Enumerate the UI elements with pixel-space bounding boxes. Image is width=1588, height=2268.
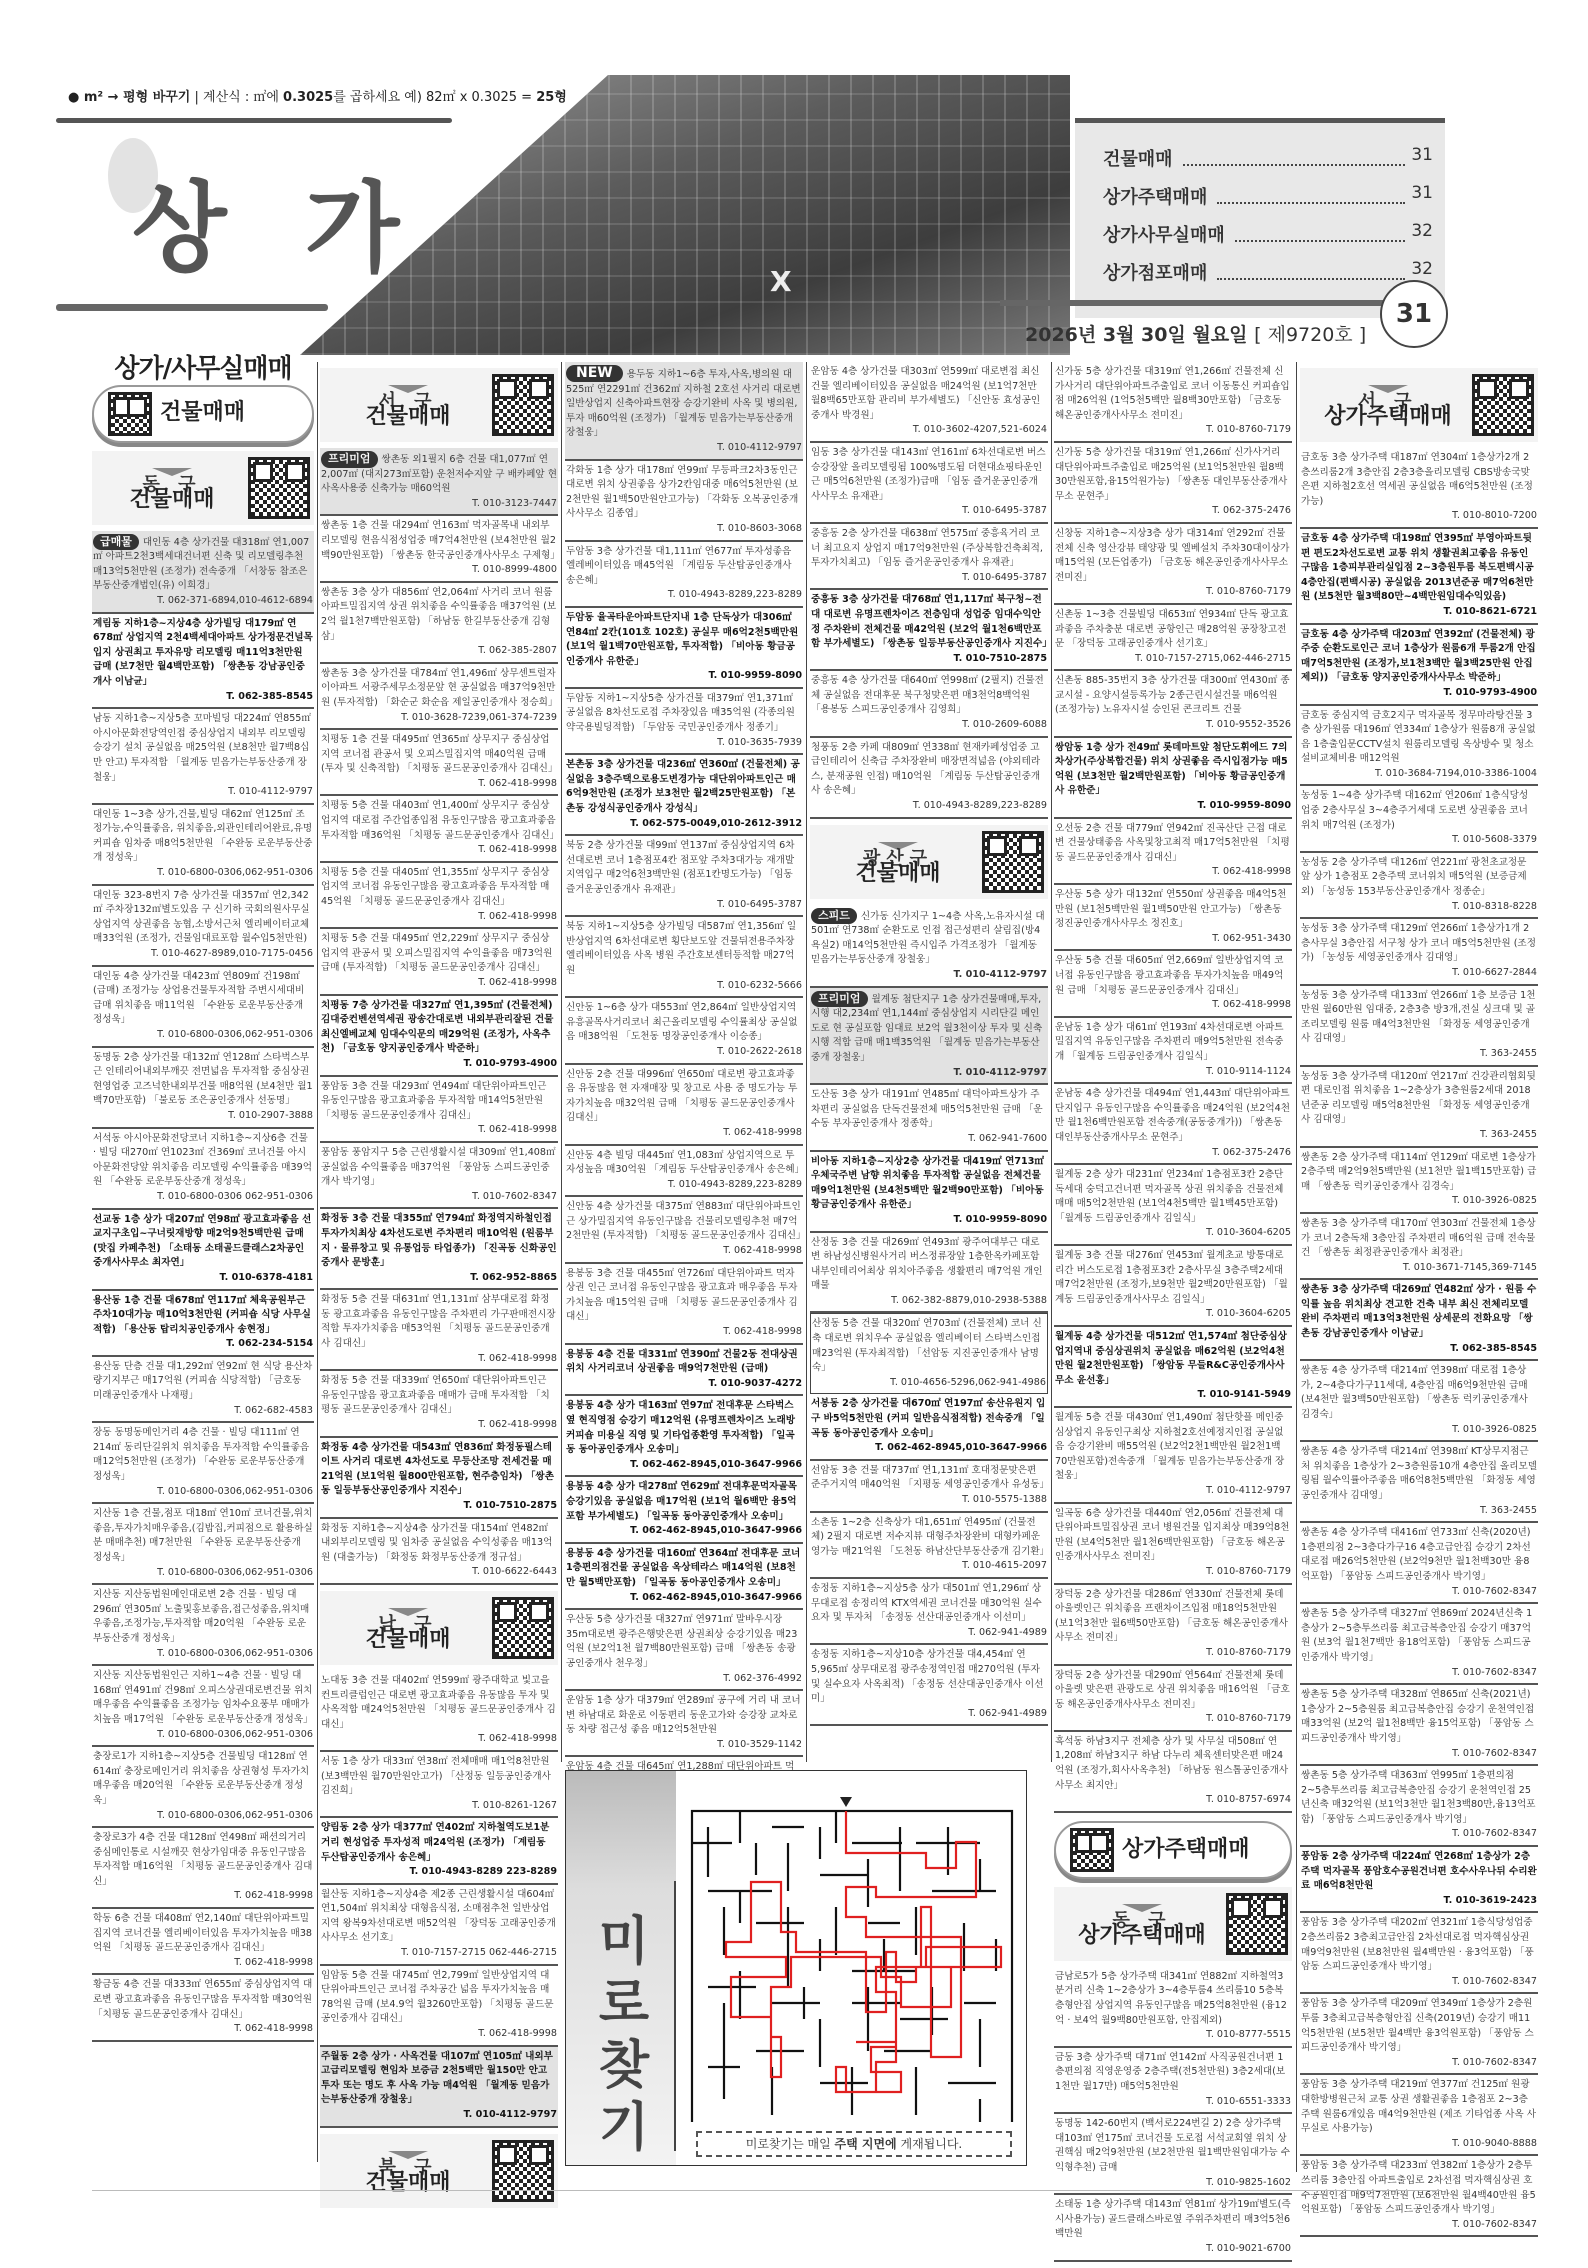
listing-phone[interactable]: T. 010-3628-7239,061-374-7239	[321, 711, 557, 726]
listing-phone[interactable]: T. 062-941-4989	[811, 1626, 1047, 1641]
section-name: 건물매매	[324, 1633, 492, 1648]
maze-arrow-line	[674, 1881, 676, 2151]
listing-phone[interactable]: T. 010-8757-6974	[1055, 1793, 1291, 1808]
listing-text: 서석동 아시아문화전당코너 지하1층~지상6층 건물 · 빌딩 대270㎡ 연1…	[93, 1133, 312, 1188]
listing-phone[interactable]: T. 010-3602-4207,521-6024	[811, 423, 1047, 438]
listing-text: 치평동 5층 건물 대403㎡ 연1,400㎡ 상무지구 중심상업지역 대로접 …	[321, 800, 559, 840]
section-header-gwangsangu: 광산구건물매매	[810, 825, 1048, 899]
toc-label: 상가사무실매매	[1103, 221, 1225, 247]
listing-phone[interactable]: T. 010-4943-8289,223-8289	[566, 1178, 802, 1193]
listing-ad: 농성동 3층 상가주택 대120㎡ 연217㎡ 건강관리협회뒷편 대로인접 위치…	[1300, 1067, 1538, 1148]
listing-text: 쌍촌동 3층 상가주택 대269㎡ 연482㎡ 상가 · 원룸 수익률 높음 위…	[1301, 1284, 1536, 1339]
listing-phone[interactable]: T. 010-6800-0306 062-951-0306	[93, 1190, 313, 1205]
pill-label: 상가주택매매	[1122, 1843, 1250, 1858]
page-number-badge: 31	[1380, 280, 1448, 348]
listing-ad: 중흥동 2층 상가건물 대638㎡ 연575㎡ 중흥육거리 코너 최고요지 상업…	[810, 524, 1048, 590]
listing-phone[interactable]: T. 010-8777-5515	[1055, 2028, 1291, 2043]
listing-ad: 금동 3층 상가주택 대71㎡ 연142㎡ 사직공원건너편 1층편의점 직영운영…	[1054, 2048, 1292, 2114]
listing-ad: 치평동 1층 건물 대495㎡ 연365㎡ 상무지구 중심상업지역 코너접 관공…	[320, 730, 558, 796]
listing-phone[interactable]: T. 062-418-9998	[1055, 865, 1291, 880]
column-2: 서 구건물매매 프리미엄쌍촌동 외1필지 6층 건물 대1,077㎡ 연2,00…	[320, 362, 558, 2214]
listing-ad: 월계동 3층 건물 대276㎡ 연453㎡ 월계초교 방통대로 리간 버스도로접…	[1054, 1246, 1292, 1327]
listing-phone[interactable]: T. 062-385-2807	[321, 644, 557, 659]
listing-phone[interactable]: T. 010-6800-0306,062-951-0306	[93, 1809, 313, 1824]
listing-text: 월계동 2층 상가 대231㎡ 연234㎡ 1층점포3칸 2층단독세대 숭덕고건…	[1055, 1169, 1283, 1224]
listing-phone[interactable]: T. 010-7602-8347	[1301, 1747, 1537, 1762]
qr-code-icon[interactable]	[492, 1597, 554, 1659]
listing-text: 서동 1층 상가 대33㎡ 연38㎡ 전체매매 매1억8천만원 (보3백만원 월…	[321, 1756, 551, 1796]
listing-text: 풍암동 3층 상가주택 대209㎡ 연349㎡ 1층상가 2층원투룸 3층최고급…	[1301, 1998, 1534, 2053]
listing-phone[interactable]: T. 010-8621-6721	[1301, 605, 1537, 620]
listing-text: 치평동 5층 건물 대405㎡ 연1,355㎡ 상무지구 중심상업지역 코너접 …	[321, 867, 549, 907]
listing-phone[interactable]: T. 010-4615-2097	[811, 1559, 1047, 1574]
listing-ad: 장덕동 2층 상가건물 대286㎡ 연330㎡ 건물전체 롯데아울렛인근 위치좋…	[1054, 1585, 1292, 1666]
listing-text: 지산동 1층 건물,점포 대18㎡ 연10㎡ 코너건물,위치좋음,투자가치매우좋…	[93, 1508, 313, 1563]
listing-phone[interactable]: T. 363-2455	[1301, 1128, 1537, 1143]
listing-ad: 풍암동 3층 상가주택 대233㎡ 연382㎡ 1층상가 2층투쓰리룸 3층안집…	[1300, 2156, 1538, 2237]
listing-phone[interactable]: T. 010-6800-0306,062-951-0306	[93, 1647, 313, 1662]
listing-phone[interactable]: T. 010-9114-1124	[1055, 1065, 1291, 1080]
listing-text: 신안동 2층 건물 대996㎡ 연650㎡ 대로변 광고효과좋음 유동많음 현 …	[566, 1069, 797, 1124]
category-pill[interactable]: 상가주택매매	[1054, 1821, 1292, 1879]
listing-text: 주월동 2층 상가 · 사옥건물 대107㎡ 연105㎡ 내외부 고급리모델링 …	[321, 2051, 553, 2106]
listing-phone[interactable]: T. 010-9959-8090	[811, 1213, 1047, 1228]
listing-text: 일곡동 6층 상가건물 대440㎡ 연2,056㎡ 건물전체 대단위아파트밀집상…	[1055, 1508, 1289, 1563]
listing-phone[interactable]: T. 010-9040-8888	[1301, 2137, 1537, 2152]
listing-text: 풍암동 3층 상가주택 대202㎡ 연321㎡ 1층식당성업중 2층쓰리룸2 3…	[1301, 1917, 1534, 1972]
listing-ad: 장덕동 2층 상가건물 대290㎡ 연564㎡ 건물전체 롯데아울렛 맞은편 관…	[1054, 1666, 1292, 1732]
listing-text: 두암동 지하1~지상5층 상가건물 대379㎡ 연1,371㎡ 공실없음 8차선…	[566, 693, 795, 733]
listing-phone[interactable]: T. 062-418-9998	[566, 1126, 802, 1141]
listing-phone[interactable]: T. 062-462-8945,010-3647-9966	[566, 1524, 802, 1539]
listing-ad: 신촌동 1~3층 건물빌딩 대653㎡ 연934㎡ 단독 광고효과좋음 주차충분…	[1054, 605, 1292, 671]
listing-text: 지산동 지산동법원메인대로변 2층 건물 · 빌딩 대296㎡ 연305㎡ 노출…	[93, 1589, 309, 1644]
listing-ad: 쌍촌동 3층 상가주택 대170㎡ 연303㎡ 건물전체 1층상가 코너 2층독…	[1300, 1214, 1538, 1280]
listing-phone[interactable]: T. 363-2455	[1301, 1504, 1537, 1519]
listing-phone[interactable]: T. 010-9793-4900	[321, 1057, 557, 1072]
listing-phone[interactable]: T. 010-8261-1267	[321, 1799, 557, 1814]
listing-phone[interactable]: T. 010-6622-6443	[321, 1565, 557, 1580]
listing-phone[interactable]: T. 010-3604-6205	[1055, 1226, 1291, 1241]
listing-phone[interactable]: T. 010-3529-1142	[566, 1738, 802, 1753]
listing-ad: 치평동 5층 건물 대495㎡ 연2,229㎡ 상무지구 중심상업지역 관공서 …	[320, 929, 558, 995]
listing-phone[interactable]: T. 010-4112-9797	[1055, 1484, 1291, 1499]
listing-phone[interactable]: T. 010-3926-0825	[1301, 1194, 1537, 1209]
section-name: 건물매매	[96, 493, 248, 508]
listing-text: 동명동 2층 상가건물 대132㎡ 연128㎡ 스타벅스부근 인테리어내외부깨끗…	[93, 1052, 313, 1107]
listing-phone[interactable]: T. 010-6378-4181	[93, 1271, 313, 1286]
listing-phone[interactable]: T. 062-418-9998	[93, 1889, 313, 1904]
listing-phone[interactable]: T. 010-9825-1602	[1055, 2176, 1291, 2191]
listing-phone[interactable]: T. 010-3926-0825	[1301, 1423, 1537, 1438]
listing-phone[interactable]: T. 062-941-7600	[811, 1132, 1047, 1147]
column-divider	[561, 362, 562, 1762]
listing-text: 월계동 3층 건물 대276㎡ 연453㎡ 월계초교 방통대로 리간 버스도로접…	[1055, 1250, 1288, 1305]
listing-ad: 금남로5가 5층 상가주택 대341㎡ 연882㎡ 지하철역3분거리 신축 1~…	[1054, 1967, 1292, 2048]
listing-phone[interactable]: T. 010-3604-6205	[1055, 1307, 1291, 1322]
qr-code-icon[interactable]	[248, 457, 310, 519]
listing-phone[interactable]: T. 062-462-8945,010-3647-9966	[811, 1441, 1047, 1456]
listing-phone[interactable]: T. 010-8760-7179	[1055, 423, 1291, 438]
listing-text: 농성동 3층 상가주택 대133㎡ 연266㎡ 1층 보증금 1천만원 월60만…	[1301, 990, 1535, 1045]
listing-ad: 황금동 4층 건물 대333㎡ 연655㎡ 중심상업지역 대로변 광고효과좋음 …	[92, 1975, 314, 2041]
listing-text: 충장로3가 4층 건물 대128㎡ 연498㎡ 패션의거리 중심메인통로 시설깨…	[93, 1832, 312, 1887]
listing-phone[interactable]: T. 010-3635-7939	[566, 736, 802, 751]
listing-phone[interactable]: T. 010-5575-1388	[811, 1493, 1047, 1508]
listing-phone[interactable]: T. 062-418-9998	[321, 2027, 557, 2042]
listing-ad: 대인동 1~3층 상가,건물,빌딩 대62㎡ 연125㎡ 조정가능,수익률좋음,…	[92, 805, 314, 886]
listing-ad: 북동 지하1~지상5층 상가빌딩 대587㎡ 연1,356㎡ 일반상업지역 6차…	[565, 917, 803, 998]
listing-ad: 장동 동명동메인거리 4층 건물 · 빌딩 대111㎡ 연214㎡ 동리단길위치…	[92, 1423, 314, 1504]
listing-phone[interactable]: T. 010-8603-3068	[566, 522, 802, 537]
listing-phone[interactable]: T. 010-4112-9797	[811, 1066, 1047, 1081]
column-divider	[1296, 362, 1297, 2172]
listing-phone[interactable]: T. 062-418-9998	[321, 1352, 557, 1367]
listing-phone[interactable]: T. 010-9552-3526	[1055, 718, 1291, 733]
listing-phone[interactable]: T. 010-7602-8347	[1301, 1666, 1537, 1681]
listing-ad: 중흥동 3층 상가건물 대768㎡ 연1,117㎡ 북구청~전대 대로변 유명프…	[810, 590, 1048, 671]
listing-ad: 스피드신가동 신가지구 1~4층 사옥,노유자시설 대501㎡ 연738㎡ 순환…	[810, 905, 1048, 988]
listing-text: 쌍촌동 4층 상가주택 대214㎡ 연398㎡ KT상무지점근처 위치좋음 1층…	[1301, 1446, 1537, 1501]
listing-ad: 산정동 3층 건물 대269㎡ 연493㎡ 광주여대부근 대로변 하남성신병원사…	[810, 1233, 1048, 1314]
listing-ad: 월계동 2층 상가 대231㎡ 연234㎡ 1층점포3칸 2층단독세대 숭덕고건…	[1054, 1165, 1292, 1246]
column-divider	[1051, 362, 1052, 1762]
listing-phone[interactable]: T. 010-9959-8090	[1055, 799, 1291, 814]
listing-phone[interactable]: T. 010-7510-2875	[811, 652, 1047, 667]
listing-ad: 쌍촌동 5층 상가주택 대328㎡ 연865㎡ 신축(2021년) 1층상가 2…	[1300, 1685, 1538, 1766]
listing-text: 장덕동 2층 상가건물 대290㎡ 연564㎡ 건물전체 롯데아울렛 맞은편 관…	[1055, 1670, 1290, 1710]
listing-phone[interactable]: T. 062-418-9998	[321, 777, 557, 792]
listing-ad: 양림동 2층 상가 대377㎡ 연402㎡ 지하철역도보1분거리 현성업중 투자…	[320, 1818, 558, 1884]
listing-phone[interactable]: T. 010-9793-4900	[1301, 686, 1537, 701]
listing-phone[interactable]: T. 010-4943-8289,223-8289	[811, 799, 1047, 814]
listing-phone[interactable]: T. 010-2609-6088	[811, 718, 1047, 733]
listing-text: 지산동 지산동법원인근 지하1~4층 건물 · 빌딩 대168㎡ 연491㎡ 건…	[93, 1670, 313, 1725]
listing-phone[interactable]: T. 010-6551-3333	[1055, 2095, 1291, 2110]
listing-phone[interactable]: T. 062-418-9998	[321, 1418, 557, 1433]
listing-text: 풍암동 3층 상가주택 대219㎡ 연377㎡ 건125㎡ 원광대한방병원근처 …	[1301, 2079, 1536, 2134]
listing-phone[interactable]: T. 010-5608-3379	[1301, 833, 1537, 848]
listing-text: 신촌동 1~3층 건물빌딩 대653㎡ 연934㎡ 단독 광고효과좋음 주차충분…	[1055, 609, 1288, 649]
qr-code-icon[interactable]	[982, 831, 1044, 893]
listing-text: 쌍촌동 5층 상가주택 대328㎡ 연865㎡ 신축(2021년) 1층상가 2…	[1301, 1689, 1534, 1744]
listing-phone[interactable]: T. 062-375-2476	[1055, 1146, 1291, 1161]
listing-phone[interactable]: T. 062-418-9998	[566, 1244, 802, 1259]
listing-text: 용봉동 4층 건물 대331㎡ 연390㎡ 건물2동 전대상권위치 사거리코너 …	[566, 1349, 798, 1375]
listing-ad: 동명동 2층 상가건물 대132㎡ 연128㎡ 스타벅스부근 인테리어내외부깨끗…	[92, 1048, 314, 1129]
listing-badge: 스피드	[811, 908, 857, 925]
listing-phone[interactable]: T. 010-9021-6700	[1055, 2242, 1291, 2257]
listing-ad: NEW용두동 지하1~6층 투자,사옥,병의원 대525㎡ 연2291㎡ 건36…	[565, 362, 803, 461]
listing-phone[interactable]: T. 062-418-9998	[93, 2022, 313, 2037]
listing-phone[interactable]: T. 010-7602-8347	[1301, 1975, 1537, 1990]
listing-ad: 풍암동 3층 상가주택 대219㎡ 연377㎡ 건125㎡ 원광대한방병원근처 …	[1300, 2075, 1538, 2156]
listing-ad: 화정동 지하1층~지상4층 상가건물 대154㎡ 연482㎡ 내외부리모델링 및…	[320, 1519, 558, 1585]
listing-text: 장덕동 2층 상가건물 대286㎡ 연330㎡ 건물전체 롯데아울렛인근 위치좋…	[1055, 1589, 1288, 1644]
listing-phone[interactable]: T. 010-7510-2875	[321, 1499, 557, 1514]
listing-ad: 치평동 5층 건물 대405㎡ 연1,355㎡ 상무지구 중심상업지역 코너접 …	[320, 863, 558, 929]
listing-ad: 월산동 지하1층~지상4층 제2종 근린생활시설 대604㎡ 연1,504㎡ 위…	[320, 1885, 558, 1966]
listing-phone[interactable]: T. 010-4112-9797	[321, 2108, 557, 2123]
listing-text: 서봉동 2층 상가건물 대670㎡ 연197㎡ 송산유원지 입구 바5억5천만원…	[811, 1398, 1045, 1438]
listing-phone[interactable]: T. 010-2907-3888	[93, 1109, 313, 1124]
toc-item[interactable]: 상가주택매매31	[1103, 183, 1433, 209]
listing-ad: 운암동 1층 상가 대379㎡ 연289㎡ 공구에 거리 내 코너변 하남대로 …	[565, 1691, 803, 1757]
listing-phone[interactable]: T. 010-9959-8090	[566, 669, 802, 684]
listing-phone[interactable]: T. 010-6800-0306,062-951-0306	[93, 1485, 313, 1500]
listing-phone[interactable]: T. 062-418-9998	[566, 1325, 802, 1340]
listing-ad: 우산동 5층 상가건물 대327㎡ 연971㎡ 말바우시장 35m대로변 광주은…	[565, 1610, 803, 1691]
listing-ad: 신안동 4층 빌딩 대445㎡ 연1,083㎡ 상업지역으로 투자성높음 매30…	[565, 1146, 803, 1198]
listing-phone[interactable]: T. 010-7157-2715,062-446-2715	[1055, 652, 1291, 667]
listing-phone[interactable]: T. 010-8760-7179	[1055, 1712, 1291, 1727]
listing-phone[interactable]: T. 010-6627-2844	[1301, 966, 1537, 981]
listing-ad: 금호동 4층 상가주택 대203㎡ 연392㎡ (건물전체) 광주중 순환도로인…	[1300, 625, 1538, 706]
listing-phone[interactable]: T. 010-6800-0306,062-951-0306	[93, 1728, 313, 1743]
listing-phone[interactable]: T. 010-6495-3787	[811, 571, 1047, 586]
listing-text: 농성동 1~4층 상가주택 대162㎡ 연206㎡ 1층식당성업중 2층사무실 …	[1301, 790, 1528, 830]
section-name: 건물매매	[814, 867, 982, 882]
listing-phone[interactable]: T. 010-4112-9797	[566, 441, 802, 456]
listing-text: 월산동 지하1층~지상4층 제2종 근린생활시설 대604㎡ 연1,504㎡ 위…	[321, 1889, 556, 1944]
listing-ad: 급매물대인동 4층 상가건물 대318㎡ 연1,007㎡ 아파트2천3백세대건너…	[92, 531, 314, 614]
listing-phone[interactable]: T. 010-3619-2423	[1301, 1894, 1537, 1909]
listing-ad: 화정동 3층 건물 대355㎡ 연794㎡ 화정역지하철인접 투자가치최상 4차…	[320, 1209, 558, 1290]
listing-phone[interactable]: T. 010-2622-2618	[566, 1045, 802, 1060]
listing-ad: 농성동 3층 상가주택 대129㎡ 연266㎡ 1층상가1개 2층사무실 3층안…	[1300, 919, 1538, 985]
listing-text: 용산동 단층 건물 대1,292㎡ 연92㎡ 현 식당 용산차량기지부근 매17…	[93, 1361, 312, 1401]
listing-ad: 월계동 4층 상가건물 대512㎡ 연1,574㎡ 첨단중심상업지역내 중심상권…	[1054, 1327, 1292, 1408]
listing-phone[interactable]: T. 010-7602-8347	[1301, 2056, 1537, 2071]
listing-text: 신촌동 885-35번지 3층 상가건물 대300㎡ 연430㎡ 종교시설 - …	[1055, 675, 1290, 715]
listing-ad: 운남동 4층 상가건물 대494㎡ 연1,443㎡ 대단위아파트단지입구 유동인…	[1054, 1084, 1292, 1165]
listing-ad: 쌍촌동 3층 상가 대856㎡ 연2,064㎡ 사거리 코너 원룸 아파트밀집지…	[320, 583, 558, 664]
listing-ad: 신안동 4층 상가건물 대375㎡ 연883㎡ 대단위아파트인근 상가밀집지역 …	[565, 1197, 803, 1263]
listing-text: 운암동 4층 상가건물 대303㎡ 연599㎡ 대로변접 최신건물 엘리베이터있…	[811, 366, 1040, 421]
listing-ad: 두암동 율곡타운아파트단지내 1층 단독상가 대306㎡ 연84㎡ 2칸(101…	[565, 608, 803, 689]
listing-text: 쌍촌동 5층 상가주택 대363㎡ 연995㎡ 1층편의점 2~5층투쓰리룸 최…	[1301, 1770, 1536, 1825]
listing-phone[interactable]: T. 062-371-6894,010-4612-6894	[93, 594, 313, 609]
listing-ad: 지산동 지산동법원인근 지하1~4층 건물 · 빌딩 대168㎡ 연491㎡ 건…	[92, 1666, 314, 1747]
listing-ad: 신가동 5층 상가건물 대319㎡ 연1,266㎡ 건물전체 신가사거리 대단위…	[1054, 362, 1292, 443]
section-header-donggu-housing: 동 구상가주택매매	[1054, 1887, 1292, 1961]
listing-badge: 프리미엄	[811, 991, 868, 1008]
listing-text: 화정동 3층 건물 대355㎡ 연794㎡ 화정역지하철인접 투자가치최상 4차…	[321, 1213, 557, 1268]
listing-ad: 신가동 5층 상가건물 대319㎡ 연1,266㎡ 신가사거리 대단위아파트주출…	[1054, 443, 1292, 524]
gallery-sign: X	[770, 265, 792, 298]
listing-text: 용봉동 3층 건물 대455㎡ 연726㎡ 대단위아파트 먹자상권 인근 코너접…	[566, 1268, 798, 1323]
listing-text: 중흥동 2층 상가건물 대638㎡ 연575㎡ 중흥육거리 코너 최고요지 상업…	[811, 528, 1043, 568]
listing-phone[interactable]: T. 062-941-4989	[811, 1707, 1047, 1722]
listing-phone[interactable]: T. 062-418-9998	[93, 1956, 313, 1971]
page-bottom-rule	[92, 2190, 1442, 2191]
listing-phone[interactable]: T. 062-418-9998	[321, 976, 557, 991]
section-name: 건물매매	[324, 2176, 492, 2191]
listing-ad: 화정동 5층 건물 대631㎡ 연1,131㎡ 삼부대로접 화정동 광고효과좋음…	[320, 1290, 558, 1371]
listing-ad: 신창동 지하1층~지상3층 상가 대314㎡ 연292㎡ 건물전체 신축 영산강…	[1054, 524, 1292, 605]
qr-code-icon[interactable]	[492, 374, 554, 436]
listing-phone[interactable]: T. 010-7602-8347	[1301, 1585, 1537, 1600]
maze-puzzle: 미로찾기 미로찾기는 매일 주택 지면에 게재됩니다.	[565, 1770, 1027, 2166]
listing-text: 화정동 5층 건물 대339㎡ 연650㎡ 대단위아파트인근 유동인구많음 광고…	[321, 1375, 550, 1415]
toc-item[interactable]: 상가점포매매32	[1103, 259, 1433, 285]
listing-text: 대인동 1~3층 상가,건물,빌딩 대62㎡ 연125㎡ 조정가능,수익률좋음,…	[93, 809, 312, 864]
listing-text: 쌍암동 1층 상가 전49㎡ 롯데마트앞 첨단도휘에드 7의차상가(주상복합건물…	[1055, 742, 1288, 797]
listing-phone[interactable]: T. 010-4112-9797	[93, 785, 313, 800]
listing-text: 송정동 지하1층~지상5층 상가 대501㎡ 연1,296㎡ 상무대로접 송정리…	[811, 1583, 1042, 1623]
listing-text: 금호동 4층 상가주택 대198㎡ 연395㎡ 부영아파트뒷편 편도2차선도로변…	[1301, 533, 1534, 602]
listing-ad: 금호동 3층 상가주택 대187㎡ 연304㎡ 1층상가2개 2층쓰리룸2개 3…	[1300, 448, 1538, 529]
listing-phone[interactable]: T. 010-7602-8347	[321, 1190, 557, 1205]
issue-number: [ 제9720호 ]	[1254, 324, 1366, 346]
listing-text: 용봉동 4층 상가 대278㎡ 연629㎡ 전대후문먹자골목 승강기있음 공실없…	[566, 1481, 797, 1521]
listing-phone[interactable]: T. 010-6495-3787	[566, 898, 802, 913]
listing-phone[interactable]: T. 010-8318-8228	[1301, 900, 1537, 915]
listing-text: 황금동 4층 건물 대333㎡ 연655㎡ 중심상업지역 대로변 광고효과좋음 …	[93, 1979, 312, 2019]
qr-code-icon[interactable]	[1070, 1828, 1114, 1872]
listing-text: 우산동 5층 건물 대605㎡ 연2,669㎡ 일반상업지역 코너접 유동인구많…	[1055, 955, 1283, 995]
listing-phone[interactable]: T. 010-6495-3787	[811, 504, 1047, 519]
maze-caption: 미로찾기는 매일 주택 지면에 게재됩니다.	[696, 2131, 1012, 2157]
qr-code-icon[interactable]	[1226, 1893, 1288, 1955]
listing-phone[interactable]: T. 010-8999-4800	[321, 563, 557, 578]
listing-text: 대인동 323-8번지 7층 상가건물 대357㎡ 연2,342㎡ 주차장132…	[93, 890, 310, 945]
listing-text: 운남동 1층 상가 대61㎡ 연193㎡ 4차선대로변 아파트밀집지역 유동인구…	[1055, 1022, 1284, 1062]
listing-ad: 북동 2층 상가건물 대99㎡ 연137㎡ 중심상업지역 6차선대로변 코너 1…	[565, 836, 803, 917]
listing-text: 학동 6층 건물 대408㎡ 연2,140㎡ 대단위아파트밀집지역 코너건물 엘…	[93, 1913, 312, 1953]
toc-leader	[1217, 183, 1405, 204]
listing-text: 소촌동 1~2층 신축상가 대1,651㎡ 연495㎡ (건물전체) 2필지 대…	[811, 1517, 1049, 1557]
listing-ad: 본촌동 3층 상가건물 대236㎡ 연360㎡ (건물전체) 공실없음 3층주택…	[565, 755, 803, 836]
listing-text: 화정동 4층 상가건물 대543㎡ 연836㎡ 화정동필스테이트 사거리 대로변…	[321, 1442, 554, 1497]
listing-ad: 풍암동 3층 건물 대293㎡ 연494㎡ 대단위아파트인근 유동인구많음 광고…	[320, 1077, 558, 1143]
listing-text: 신안동 1~6층 상가 대553㎡ 연2,864㎡ 일반상업지역 유흥골목사거리…	[566, 1002, 798, 1042]
listing-ad: 두암동 지하1~지상5층 상가건물 대379㎡ 연1,371㎡ 공실없음 8차선…	[565, 689, 803, 755]
toc-leader	[1183, 145, 1406, 166]
listing-ad: 풍암동 3층 상가주택 대209㎡ 연349㎡ 1층상가 2층원투룸 3층최고급…	[1300, 1994, 1538, 2075]
listing-phone[interactable]: T. 010-8760-7179	[1055, 585, 1291, 600]
listing-phone[interactable]: T. 363-2455	[1301, 1047, 1537, 1062]
listing-phone[interactable]: T. 062-375-2476	[1055, 504, 1291, 519]
listing-text: 선교동 1층 상가 대207㎡ 연98㎡ 광고효과좋음 선교지구초입~구너릿재방…	[93, 1214, 311, 1269]
listing-phone[interactable]: T. 062-376-4992	[566, 1672, 802, 1687]
toc-item[interactable]: 상가사무실매매32	[1103, 221, 1433, 247]
listing-phone[interactable]: T. 062-575-0049,010-2612-3912	[566, 817, 802, 832]
listing-phone[interactable]: T. 062-385-8545	[1301, 1342, 1537, 1357]
listing-phone[interactable]: T. 010-4627-8989,010-7175-0456	[93, 947, 313, 962]
listing-phone[interactable]: T. 010-3684-7194,010-3386-1004	[1301, 767, 1537, 782]
listing-text: 본촌동 3층 상가건물 대236㎡ 연360㎡ (건물전체) 공실없음 3층주택…	[566, 759, 800, 814]
listing-text: 풍암동 2층 상가주택 대224㎡ 연268㎡ 1층상가 2층주택 먹자골목 풍…	[1301, 1851, 1537, 1891]
qr-code-icon[interactable]	[1472, 374, 1534, 436]
listing-text: 화정동 지하1층~지상4층 상가건물 대154㎡ 연482㎡ 내외부리모델링 및…	[321, 1523, 552, 1563]
category-pill[interactable]: 건물매매	[92, 385, 314, 443]
listing-ad: 동명동 142-60번지 (백서로224번길 2) 2층 상가주택 대103㎡ …	[1054, 2114, 1292, 2195]
listing-phone[interactable]: T. 062-952-8865	[321, 1271, 557, 1286]
listing-phone[interactable]: T. 010-9037-4272	[566, 1377, 802, 1392]
listing-phone[interactable]: T. 010-7602-8347	[1301, 2218, 1537, 2233]
listing-phone[interactable]: T. 062-418-9998	[321, 1732, 557, 1747]
listing-text: 남동 지하1층~지상5층 꼬마빌딩 대224㎡ 연855㎡ 아시아문화전당역인접…	[93, 713, 311, 782]
listing-phone[interactable]: T. 062-418-9998	[321, 1123, 557, 1138]
listing-ad: 학동 6층 건물 대408㎡ 연2,140㎡ 대단위아파트밀집지역 코너건물 엘…	[92, 1909, 314, 1975]
listing-phone[interactable]: T. 010-6800-0306,062-951-0306	[93, 1028, 313, 1043]
listing-ad: 월계동 5층 건물 대430㎡ 연1,490㎡ 첨단핫플 메인중심상업지 유동인…	[1054, 1408, 1292, 1504]
column-6: 서 구상가주택매매 금호동 3층 상가주택 대187㎡ 연304㎡ 1층상가2개…	[1300, 362, 1538, 2237]
listing-phone[interactable]: T. 010-3123-7447	[321, 497, 557, 512]
listing-text: 비아동 지하1층~지상2층 상가건물 대419㎡ 연713㎡ 우체국주변 남향 …	[811, 1156, 1044, 1211]
listing-phone[interactable]: T. 010-3671-7145,369-7145	[1301, 1261, 1537, 1276]
listing-ad: 오선동 2층 건물 대779㎡ 연942㎡ 진곡산단 근접 대로변 건물상태좋음…	[1054, 819, 1292, 885]
listing-ad: 남동 지하1층~지상5층 꼬마빌딩 대224㎡ 연855㎡ 아시아문화전당역인접…	[92, 709, 314, 805]
listing-ad: 지산동 지산동법원메인대로변 2층 건물 · 빌딩 대296㎡ 연305㎡ 노출…	[92, 1585, 314, 1666]
listing-phone[interactable]: T. 062-418-9998	[321, 843, 557, 858]
column-divider	[317, 362, 318, 2162]
qr-code-icon[interactable]	[492, 2140, 554, 2202]
listing-phone[interactable]: T. 062-234-5154	[93, 1337, 313, 1352]
listing-ad: 소태동 1층 상가주택 대143㎡ 연81㎡ 상가19㎡별도(즉시사용가능) 골…	[1054, 2195, 1292, 2261]
conversion-factor: 0.3025	[283, 90, 333, 105]
listing-phone[interactable]: T. 010-8010-7200	[1301, 509, 1537, 524]
listing-text: 선암동 3층 건물 대737㎡ 연1,131㎡ 호대정문맞은편 준주거지역 매4…	[811, 1465, 1049, 1491]
listing-phone[interactable]: T. 062-462-8945,010-3647-9966	[566, 1458, 802, 1473]
listing-phone[interactable]: T. 010-8760-7179	[1055, 1565, 1291, 1580]
listing-phone[interactable]: T. 010-6800-0306,062-951-0306	[93, 1566, 313, 1581]
listing-phone[interactable]: T. 010-7157-2715 062-446-2715	[321, 1946, 557, 1961]
listing-phone[interactable]: T. 010-4943-8289,223-8289	[566, 588, 802, 603]
section-name: 상가주택매매	[1058, 1929, 1226, 1944]
listing-text: 신창동 지하1층~지상3층 상가 대314㎡ 연292㎡ 건물전체 신축 영산강…	[1055, 528, 1289, 583]
toc-page: 31	[1411, 183, 1433, 209]
listing-text: 치평동 7층 상가건물 대327㎡ 연1,395㎡ (건물전체) 김대중컨벤션역…	[321, 1000, 553, 1055]
listing-ad: 두암동 3층 상가건물 대1,111㎡ 연677㎡ 투자성좋음 엘레베이터있음 …	[565, 542, 803, 608]
listing-phone[interactable]: T. 062-462-8945,010-3647-9966	[566, 1591, 802, 1606]
listing-badge: 급매물	[93, 534, 139, 551]
listing-phone[interactable]: T. 010-9141-5949	[1055, 1388, 1291, 1403]
listing-phone[interactable]: T. 062-418-9998	[321, 910, 557, 925]
toc-item[interactable]: 건물매매31	[1103, 145, 1433, 171]
listing-text: 용봉동 4층 상가 대163㎡ 연97㎡ 전대후문 스타벅스옆 현직영점 승강기…	[566, 1400, 795, 1455]
listing-text: 치평동 1층 건물 대495㎡ 연365㎡ 상무지구 중심상업지역 코너접 관공…	[321, 734, 558, 774]
listing-phone[interactable]: T. 010-6232-5666	[566, 979, 802, 994]
listing-ad: 풍암동 3층 상가주택 대202㎡ 연321㎡ 1층식당성업중 2층쓰리룸2 3…	[1300, 1913, 1538, 1994]
qr-code-icon[interactable]	[108, 392, 152, 436]
listing-phone[interactable]: T. 010-6800-0306,062-951-0306	[93, 866, 313, 881]
listing-phone[interactable]: T. 010-4112-9797	[811, 968, 1047, 983]
listing-phone[interactable]: T. 062-418-9998	[1055, 998, 1291, 1013]
listing-phone[interactable]: T. 062-385-8545	[93, 690, 313, 705]
listing-ad: 중흥동 4층 상가건물 대640㎡ 연998㎡ (2필지) 건물전체 공실없음 …	[810, 671, 1048, 737]
pill-label: 건물매매	[160, 406, 245, 421]
listing-text: 각화동 1층 상가 대178㎡ 연99㎡ 무등파크2차3동인근 대로변 위치 상…	[566, 465, 798, 520]
listing-phone[interactable]: T. 010-8760-7179	[1055, 1646, 1291, 1661]
listing-ad: 일곡동 6층 상가건물 대440㎡ 연2,056㎡ 건물전체 대단위아파트밀집상…	[1054, 1504, 1292, 1585]
maze-grid	[690, 1797, 1015, 2122]
listing-phone[interactable]: T. 062-682-4583	[93, 1404, 313, 1419]
toc-label: 건물매매	[1103, 145, 1173, 171]
listing-phone[interactable]: T. 010-7602-8347	[1301, 1827, 1537, 1842]
listing-ad: 프리미엄쌍촌동 외1필지 6층 건물 대1,077㎡ 연2,007㎡ (대지27…	[320, 448, 558, 516]
listing-phone[interactable]: T. 062-951-3430	[1055, 932, 1291, 947]
listing-text: 금호동 4층 상가주택 대203㎡ 연392㎡ (건물전체) 광주중 순환도로인…	[1301, 629, 1536, 684]
listing-phone[interactable]: T. 010-4656-5296,062-941-4986	[812, 1376, 1046, 1391]
listing-ad: 농성동 1~4층 상가주택 대162㎡ 연206㎡ 1층식당성업중 2층사무실 …	[1300, 786, 1538, 852]
listing-phone[interactable]: T. 062-382-8879,010-2938-5388	[811, 1294, 1047, 1309]
listing-phone[interactable]: T. 010-4943-8289 223-8289	[321, 1865, 557, 1880]
listing-ad: 용봉동 4층 상가 대278㎡ 연629㎡ 전대후문먹자골목 승강기있음 공실없…	[565, 1477, 803, 1543]
listing-ad: 산정동 5층 건물 대320㎡ 연703㎡ (건물전체) 코너 신축 대로변 위…	[810, 1313, 1048, 1394]
listing-text: 중흥동 3층 상가건물 대768㎡ 연1,117㎡ 북구청~전대 대로변 유명프…	[811, 594, 1052, 649]
